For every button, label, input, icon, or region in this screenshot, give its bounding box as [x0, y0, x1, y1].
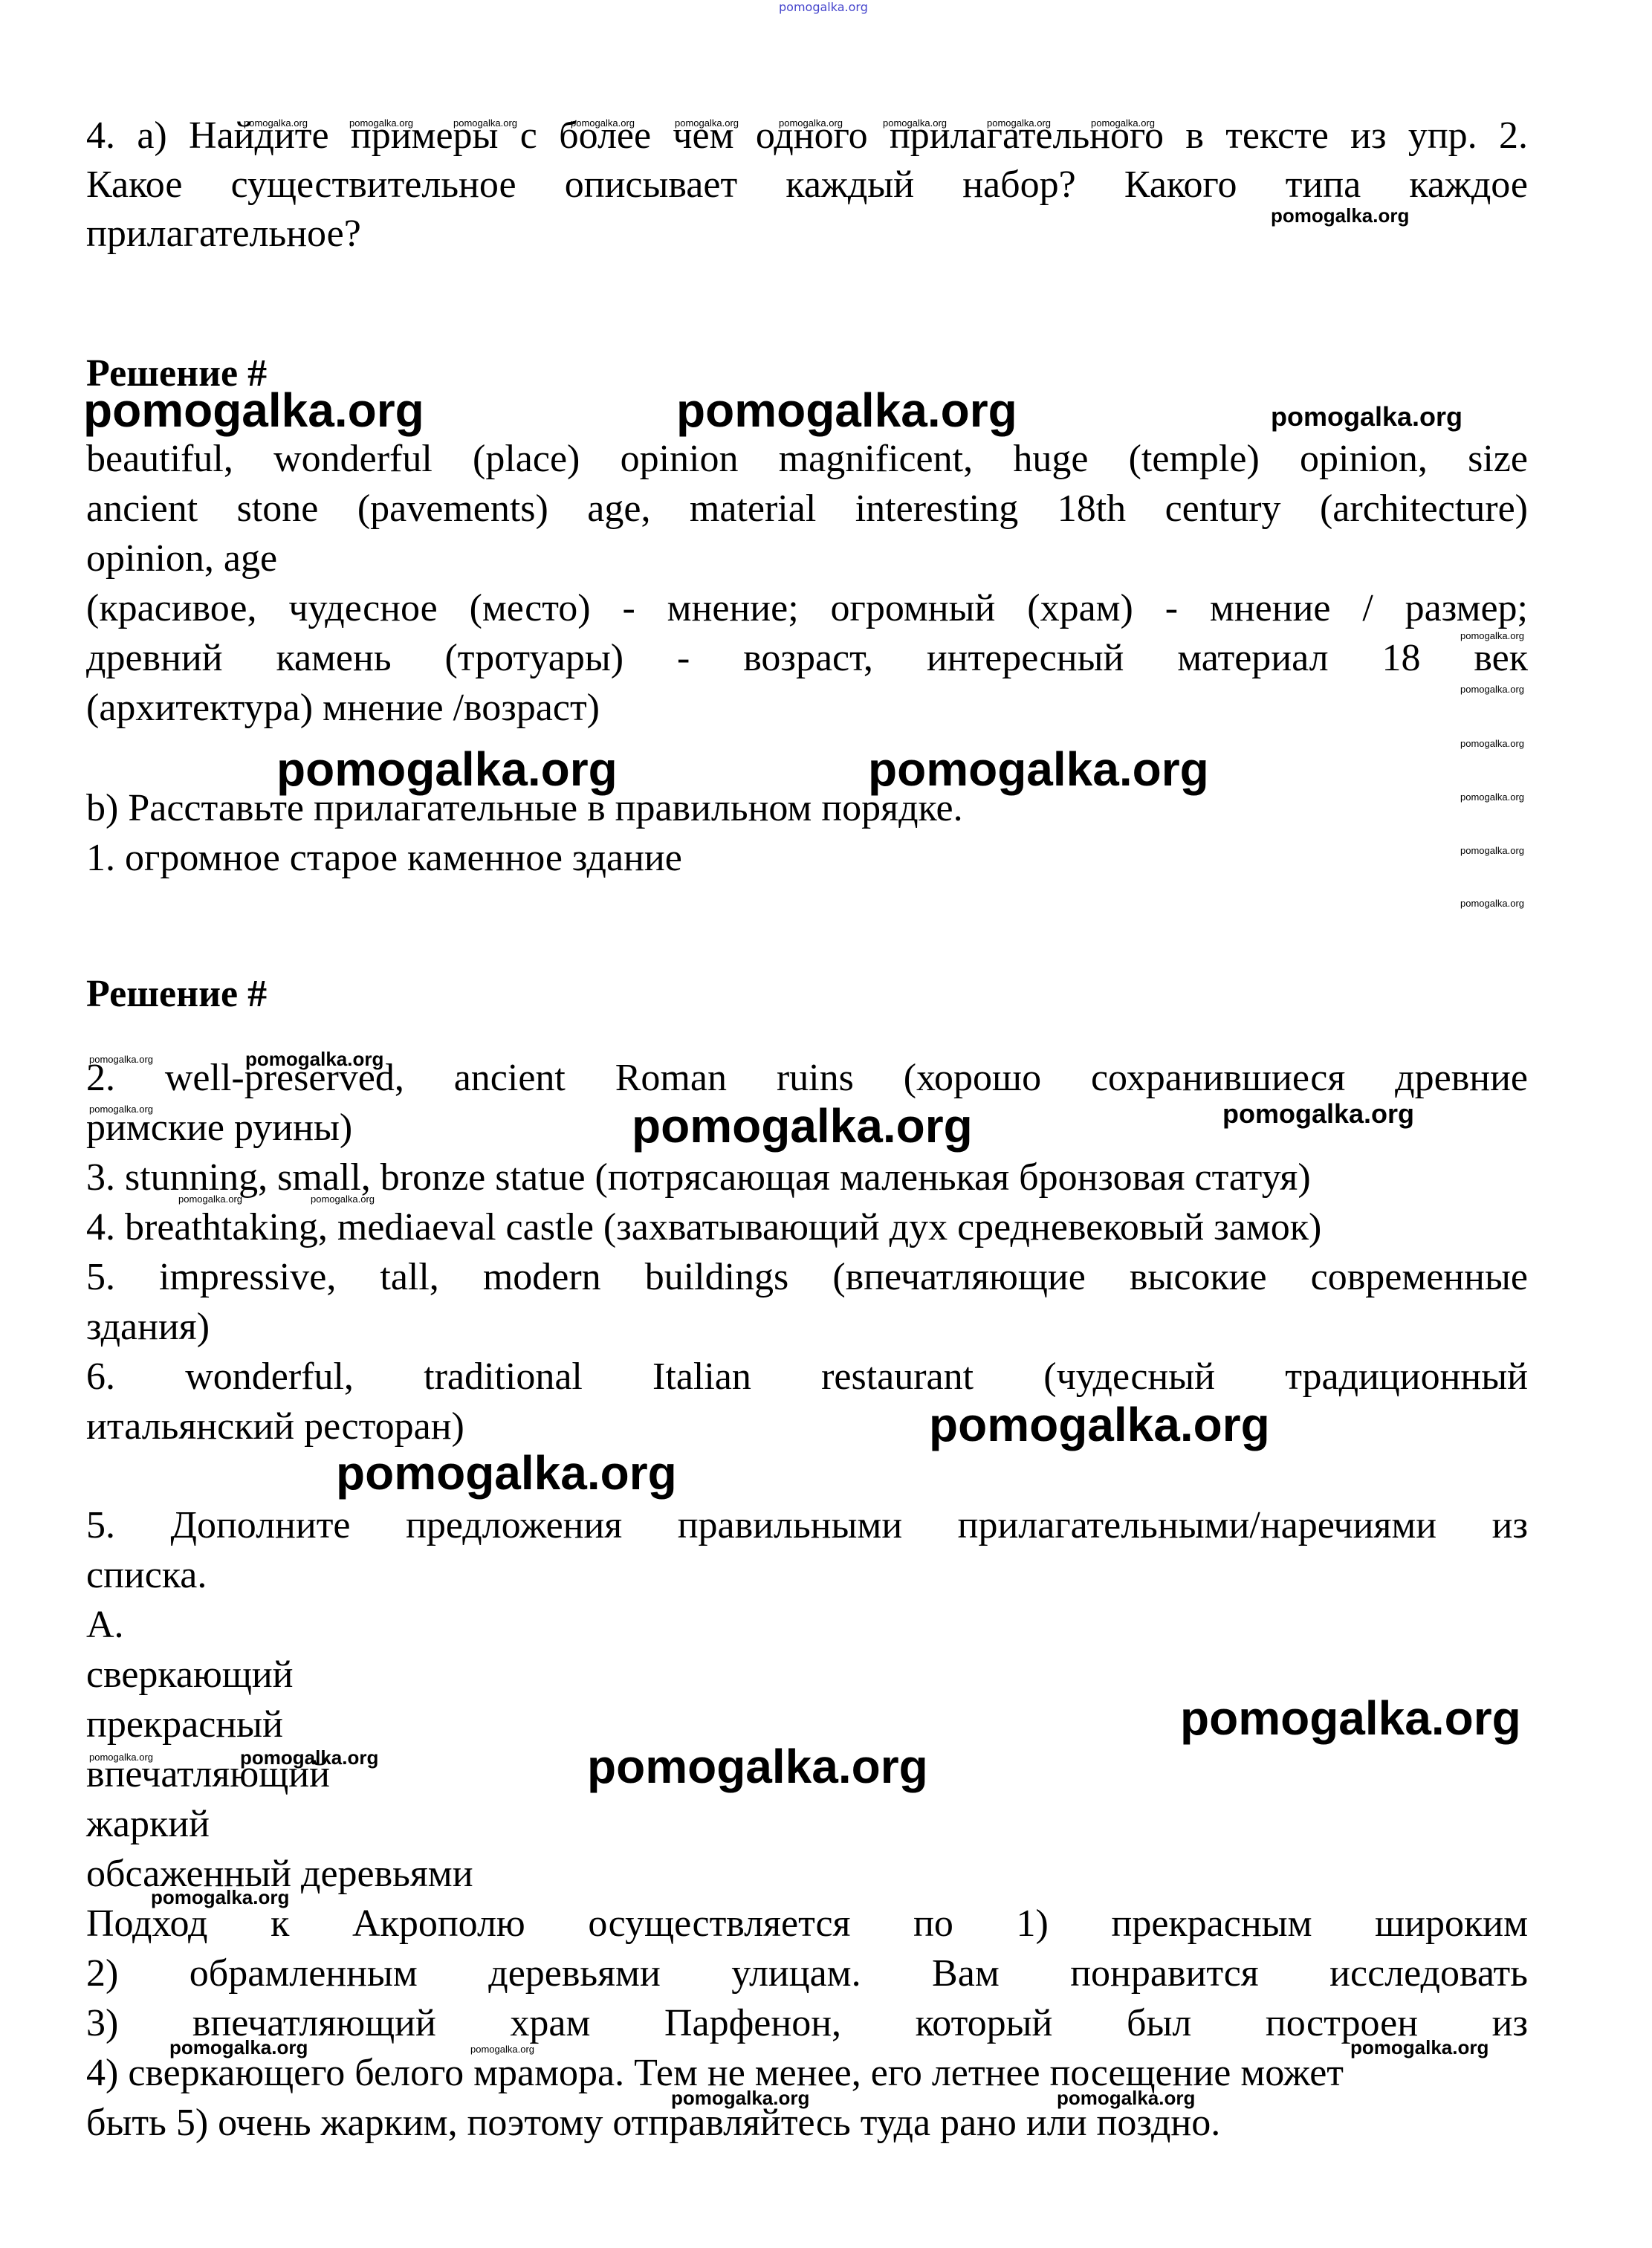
part-b-answer-5b: здания)	[86, 1303, 1528, 1352]
answer-line-3: opinion, age	[86, 534, 1528, 583]
part-b-answer-6a: 6. wonderful, traditional Italian restau…	[86, 1353, 1528, 1402]
watermark: pomogalka.org	[349, 117, 413, 129]
watermark: pomogalka.org	[883, 117, 947, 129]
part-b-item-1: 1. огромное старое каменное здание	[86, 834, 1528, 883]
watermark: pomogalka.org	[929, 1397, 1270, 1452]
watermark: pomogalka.org	[453, 117, 517, 129]
watermark: pomogalka.org	[1460, 630, 1524, 641]
part-b-prompt: b) Расставьте прилагательные в правильно…	[86, 784, 1528, 833]
watermark: pomogalka.org	[779, 117, 843, 129]
part-b-answer-5a: 5. impressive, tall, modern buildings (в…	[86, 1253, 1528, 1302]
task4-question-line-2: Какое существительное описывает каждый н…	[86, 161, 1528, 210]
part-b-answer-6b: итальянский ресторан)	[86, 1402, 1528, 1451]
task5-question-line-1: 5. Дополните предложения правильными при…	[86, 1501, 1528, 1550]
task5-text-line-5: быть 5) очень жарким, поэтому отправляйт…	[86, 2099, 1528, 2148]
document-page: pomogalka.org 4. a) Найдите примеры с бо…	[0, 0, 1652, 2248]
watermark: pomogalka.org	[1180, 1691, 1521, 1746]
watermark: pomogalka.org	[632, 1098, 973, 1153]
watermark: pomogalka.org	[336, 1445, 677, 1500]
answer-line-5: древний камень (тротуары) - возраст, инт…	[86, 634, 1528, 683]
answer-line-4: (красивое, чудесное (место) - мнение; ог…	[86, 584, 1528, 633]
task5-text-line-1: Подход к Акрополю осуществляется по 1) п…	[86, 1899, 1528, 1949]
watermark: pomogalka.org	[571, 117, 635, 129]
watermark: pomogalka.org	[676, 383, 1017, 438]
watermark: pomogalka.org	[675, 117, 739, 129]
word-list-item: жаркий	[86, 1800, 1528, 1849]
answer-line-6: (архитектура) мнение /возраст)	[86, 684, 1528, 733]
solution-heading-2: Решение #	[86, 970, 1528, 1019]
word-list-item: обсаженный деревьями	[86, 1850, 1528, 1899]
watermark: pomogalka.org	[1271, 204, 1409, 227]
watermark: pomogalka.org	[587, 1739, 928, 1794]
header-watermark: pomogalka.org	[779, 0, 868, 14]
section-label: A.	[86, 1601, 1528, 1650]
part-b-answer-3: 3. stunning, small, bronze statue (потря…	[86, 1153, 1528, 1202]
answer-line-1: beautiful, wonderful (place) opinion mag…	[86, 435, 1528, 484]
task5-text-line-2: 2) обрамленным деревьями улицам. Вам пон…	[86, 1949, 1528, 1998]
answer-line-2: ancient stone (pavements) age, material …	[86, 485, 1528, 534]
part-b-answer-2a: 2. well-preserved, ancient Roman ruins (…	[86, 1054, 1528, 1103]
task5-question-line-2: списка.	[86, 1551, 1528, 1600]
watermark: pomogalka.org	[1460, 738, 1524, 749]
watermark: pomogalka.org	[1271, 401, 1462, 433]
watermark: pomogalka.org	[83, 383, 424, 438]
watermark: pomogalka.org	[1222, 1098, 1414, 1130]
part-b-answer-4: 4. breathtaking, mediaeval castle (захва…	[86, 1203, 1528, 1252]
watermark: pomogalka.org	[244, 117, 308, 129]
watermark: pomogalka.org	[1091, 117, 1155, 129]
watermark: pomogalka.org	[987, 117, 1051, 129]
watermark: pomogalka.org	[1460, 898, 1524, 909]
watermark: pomogalka.org	[1460, 684, 1524, 695]
